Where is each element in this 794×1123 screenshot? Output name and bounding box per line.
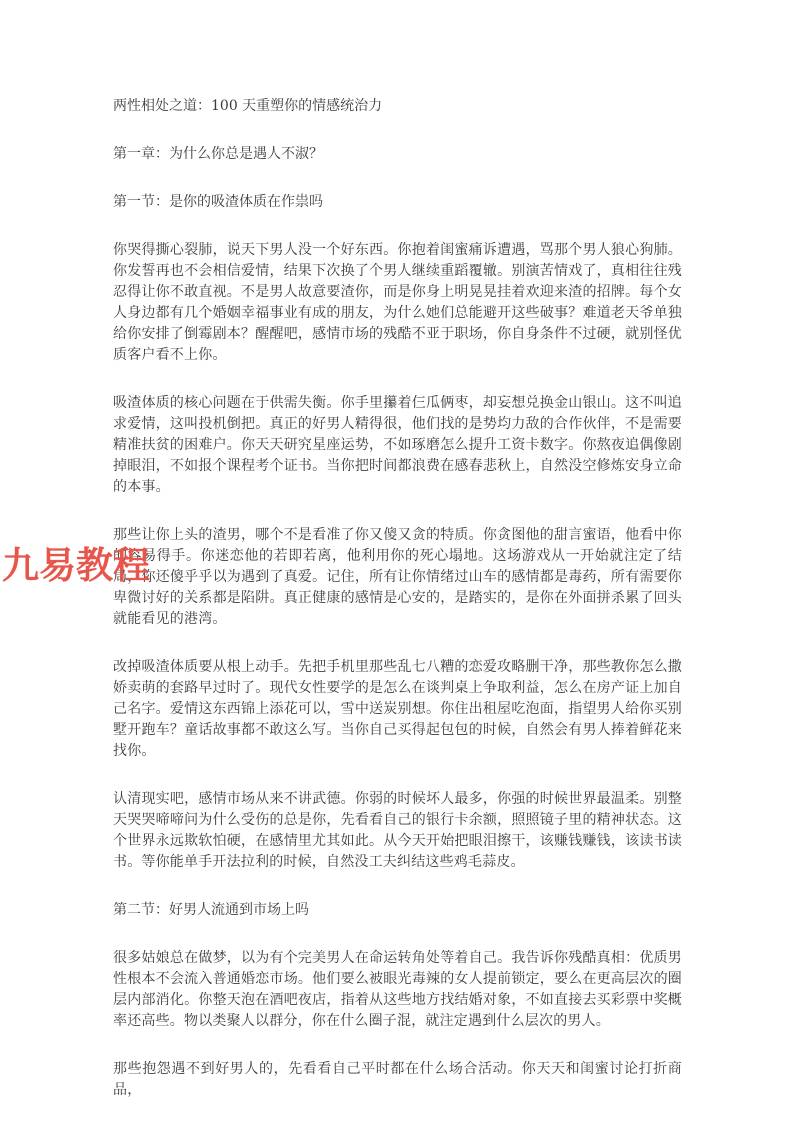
document-page: 九易教程 两性相处之道：100 天重塑你的情感统治力 第一章：为什么你总是遇人不…	[0, 0, 794, 1123]
section-1-heading: 第一节：是你的吸渣体质在作祟吗	[113, 192, 682, 213]
paragraph-2: 吸渣体质的核心问题在于供需失衡。你手里攥着仨瓜俩枣，却妄想兑换金山银山。这不叫追…	[113, 393, 682, 498]
paragraph-1: 你哭得撕心裂肺，说天下男人没一个好东西。你抱着闺蜜痛诉遭遇，骂那个男人狼心狗肺。…	[113, 240, 682, 366]
paragraph-6: 很多姑娘总在做梦，以为有个完美男人在命运转角处等着自己。我告诉你残酷真相：优质男…	[113, 948, 682, 1032]
section-2-heading: 第二节：好男人流通到市场上吗	[113, 900, 682, 921]
document-title: 两性相处之道：100 天重塑你的情感统治力	[113, 96, 682, 117]
document-content: 两性相处之道：100 天重塑你的情感统治力 第一章：为什么你总是遇人不淑？ 第一…	[113, 96, 682, 1101]
paragraph-5: 认清现实吧，感情市场从来不讲武德。你弱的时候坏人最多，你强的时候世界最温柔。别整…	[113, 789, 682, 873]
paragraph-3: 那些让你上头的渣男，哪个不是看准了你又傻又贪的特质。你贪图他的甜言蜜语，他看中你…	[113, 525, 682, 630]
paragraph-4: 改掉吸渣体质要从根上动手。先把手机里那些乱七八糟的恋爱攻略删干净，那些教你怎么撒…	[113, 657, 682, 762]
chapter-1-heading: 第一章：为什么你总是遇人不淑？	[113, 144, 682, 165]
paragraph-7: 那些抱怨遇不到好男人的，先看看自己平时都在什么场合活动。你天天和闺蜜讨论打折商品…	[113, 1059, 682, 1101]
watermark-logo: 九易教程	[2, 547, 150, 585]
